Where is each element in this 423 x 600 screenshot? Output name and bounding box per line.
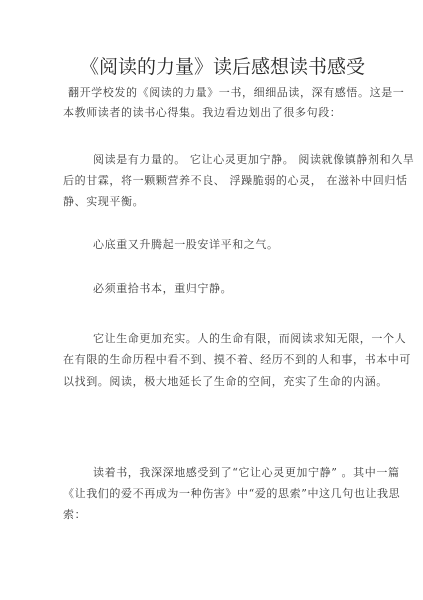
document-page: 《阅读的力量》读后感想读书感受 翻开学校发的《阅读的力量》一书，细细品读，深有感… [0, 0, 423, 600]
paragraph-line: 阅读是有力量的。 它让心灵更加宁静。 阅读就像镇静剂和久旱 [93, 151, 414, 167]
paragraph-line: 本教师读者的读书心得集。我边看边划出了很多句段： [63, 104, 341, 120]
paragraph-line: 心底重又升腾起一股安详平和之气。 [93, 236, 279, 252]
paragraph-line: 必须重拾书本，重归宁静。 [93, 280, 232, 296]
paragraph-line: 翻开学校发的《阅读的力量》一书，细细品读，深有感悟。这是一 [68, 84, 404, 100]
paragraph-line: 后的甘霖，将一颗颗营养不良、 浮躁脆弱的心灵， 在滋补中回归恬 [63, 172, 408, 188]
paragraph-line: 索： [63, 506, 86, 522]
paragraph-line: 《让我们的爱不再成为一种伤害》中“爱的思索”中这几句也让我思 [63, 485, 400, 501]
paragraph-line: 以找到。阅读，极大地延长了生命的空间，充实了生命的内涵。 [63, 373, 388, 389]
paragraph-line: 它让生命更加充实。人的生命有限，而阅读求知无限，一个人 [93, 330, 406, 346]
paragraph-line: 读着书，我深深地感受到了“它让心灵更加宁静” 。其中一篇 [93, 464, 400, 480]
paragraph-line: 在有限的生命历程中看不到、摸不着、经历不到的人和事，书本中可 [63, 351, 411, 367]
paragraph-line: 静、实现平衡。 [63, 193, 144, 209]
document-title: 《阅读的力量》读后感想读书感受 [80, 52, 330, 79]
